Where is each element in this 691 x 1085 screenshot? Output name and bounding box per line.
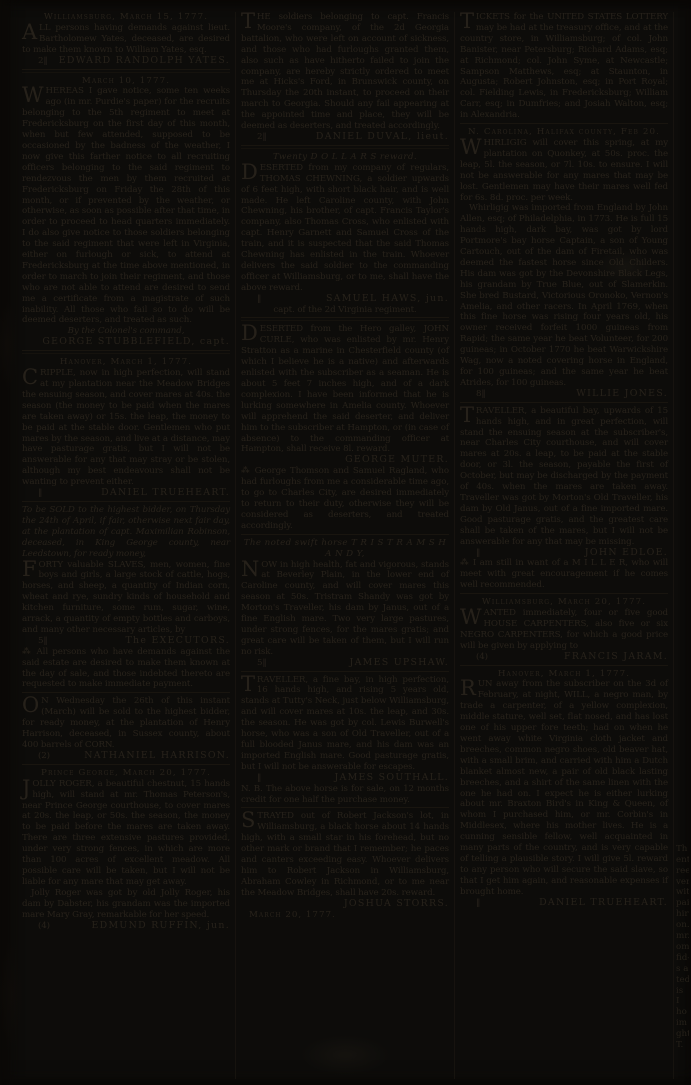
signature-line: ‖DANIEL TRUEHEART. xyxy=(460,898,668,909)
edge-fragment: ho xyxy=(676,1007,689,1018)
dateline: N. Carolina, Halifax county, Feb 20. xyxy=(460,127,668,138)
signature-name: JAMES UPSHAW. xyxy=(267,658,449,669)
insertion-mark: (4) xyxy=(460,652,488,663)
signature-name: JOSHUA STORRS. xyxy=(257,899,449,910)
article-divider-rule xyxy=(460,665,668,666)
edge-fragment: T. xyxy=(676,1040,689,1051)
postscript-note: ⁂ All persons who have demands against t… xyxy=(22,647,230,691)
signature-line: ‖SAMUEL HAWS, jun. xyxy=(241,294,449,305)
signature-name: FRANCIS JARAM. xyxy=(488,652,668,663)
body-paragraph: WHEREAS I gave notice, some ten weeks ag… xyxy=(22,86,230,326)
article-divider-rule xyxy=(241,807,449,808)
article-divider-rule xyxy=(22,69,230,73)
dateline: March 10, 1777. xyxy=(22,76,230,87)
article-divider-rule xyxy=(241,145,449,149)
insertion-mark: ‖ xyxy=(22,488,42,499)
advertisement: N. Carolina, Halifax county, Feb 20.WHIR… xyxy=(460,127,668,400)
signature-name: The EXECUTORS. xyxy=(48,636,230,647)
signature-preamble: By the Colonel's command, xyxy=(22,326,230,337)
edge-fragment: mr. xyxy=(676,931,689,942)
dateline: Hanover, March 1, 1777. xyxy=(460,669,668,680)
body-paragraph: ON Wednesday the 26th of this instant (M… xyxy=(22,696,230,751)
edge-fragment: with xyxy=(676,887,689,898)
signature-name: JAMES SOUTHALL. xyxy=(261,773,449,784)
advertisement: THE soldiers belonging to capt. Francis … xyxy=(241,12,449,143)
body-paragraph: TRAVELLER, a fine bay, in high perfectio… xyxy=(241,675,449,773)
column-middle: THE soldiers belonging to capt. Francis … xyxy=(235,12,454,1079)
article-divider-rule xyxy=(22,350,230,354)
advertisement: Hanover, March 1, 1777.RUN away from the… xyxy=(460,669,668,909)
body-paragraph: TRAVELLER, a beautiful bay, upwards of 1… xyxy=(460,406,668,548)
signature-line: 2‖DANIEL DUVAL, lieut. xyxy=(241,132,449,143)
insertion-mark: (4) xyxy=(22,921,50,932)
column-layout: Williamsburg, March 15, 1777.ALL persons… xyxy=(0,0,691,1085)
closing-dateline: March 20, 1777. xyxy=(241,910,449,921)
signature-name: DANIEL TRUEHEART. xyxy=(42,488,230,499)
edge-fragment: ree- xyxy=(676,866,689,877)
body-paragraph: JOLLY ROGER, a beautiful chestnut, 15 ha… xyxy=(22,779,230,888)
signature-line: 8‖WILLIE JONES. xyxy=(460,389,668,400)
signature-line: GEORGE STUBBLEFIELD, capt. xyxy=(22,337,230,348)
column-right: TICKETS for the UNITED STATES LOTTERY ma… xyxy=(454,12,673,1079)
signature-name: NATHANIEL HARRISON. xyxy=(50,751,230,762)
postscript-note: ⁂ George Thomson and Samuel Ragland, who… xyxy=(241,466,449,531)
edge-fragment: I xyxy=(676,996,689,1007)
advertisement: Williamsburg, March 15, 1777.ALL persons… xyxy=(22,12,230,67)
edge-fragment: on. xyxy=(676,920,689,931)
signature-line: ‖JAMES SOUTHALL. xyxy=(241,773,449,784)
edge-fragment: s a xyxy=(676,964,689,975)
advertisement: TRAVELLER, a beautiful bay, upwards of 1… xyxy=(460,406,668,591)
ad-heading: The noted swift horse T R I S T R A M S … xyxy=(241,538,449,560)
signature-name: JOHN EDLOE. xyxy=(480,548,668,559)
insertion-mark: ‖ xyxy=(460,548,480,559)
column-left: Williamsburg, March 15, 1777.ALL persons… xyxy=(17,12,235,1079)
signature-line: JOSHUA STORRS. xyxy=(241,899,449,910)
advertisement: The noted swift horse T R I S T R A M S … xyxy=(241,538,449,669)
advertisement: STRAYED out of Robert Jackson's lot, in … xyxy=(241,811,449,920)
signature-line: ‖DANIEL TRUEHEART. xyxy=(22,488,230,499)
edge-fragment: ted xyxy=(676,975,689,986)
insertion-mark: ‖ xyxy=(241,294,261,305)
article-divider-rule xyxy=(241,317,449,321)
signature-name: DANIEL TRUEHEART. xyxy=(480,898,668,909)
postscript-note: N. B. The above horse is for sale, on 12… xyxy=(241,784,449,806)
advertisement: Twenty D O L L A R S reward.DESERTED fro… xyxy=(241,152,449,316)
insertion-mark: 2‖ xyxy=(241,132,267,143)
signature-line: 5‖The EXECUTORS. xyxy=(22,636,230,647)
signature-name: EDMUND RUFFIN, jun. xyxy=(50,921,230,932)
signature-line: 5‖JAMES UPSHAW. xyxy=(241,658,449,669)
dateline: Williamsburg, March 15, 1777. xyxy=(22,12,230,23)
edge-fragment: is xyxy=(676,986,689,997)
italic-intro: To be SOLD to the highest bidder, on Thu… xyxy=(22,505,230,560)
advertisement: ON Wednesday the 26th of this instant (M… xyxy=(22,696,230,761)
edge-fragment: Th xyxy=(676,844,689,855)
article-divider-rule xyxy=(460,593,668,594)
edge-fragment: om xyxy=(676,942,689,953)
article-divider-rule xyxy=(22,692,230,693)
body-paragraph: NOW in high health, fat and vigorous, st… xyxy=(241,560,449,658)
dateline: Prince George, March 20, 1777. xyxy=(22,768,230,779)
edge-fragment: im xyxy=(676,1018,689,1029)
edge-fragment: ent xyxy=(676,855,689,866)
edge-fragment: ght xyxy=(676,1029,689,1040)
signature-line: (4)FRANCIS JARAM. xyxy=(460,652,668,663)
signature-name: SAMUEL HAWS, jun. xyxy=(261,294,449,305)
body-paragraph: Whirligig was imported from England by J… xyxy=(460,203,668,388)
insertion-mark: 2‖ xyxy=(22,56,48,67)
signature-name: EDWARD RANDOLPH YATES. xyxy=(48,56,230,67)
insertion-mark: 5‖ xyxy=(22,636,48,647)
signature-name: GEORGE STUBBLEFIELD, capt. xyxy=(38,337,230,348)
insertion-mark: ‖ xyxy=(460,898,480,909)
advertisement: DESERTED from the Hero galley, JOHN CURL… xyxy=(241,324,449,531)
insertion-mark: (2) xyxy=(22,751,50,762)
article-divider-rule xyxy=(460,402,668,403)
insertion-mark: 8‖ xyxy=(460,389,486,400)
newspaper-page: Williamsburg, March 15, 1777.ALL persons… xyxy=(0,0,691,1085)
article-divider-rule xyxy=(460,123,668,124)
body-paragraph: DESERTED from my company of regulars, TH… xyxy=(241,163,449,294)
edge-fragment: hirt xyxy=(676,909,689,920)
edge-fragment: fid- xyxy=(676,953,689,964)
signature-line: (2)NATHANIEL HARRISON. xyxy=(22,751,230,762)
advertisement: Williamsburg, March 20, 1777.WANTED imme… xyxy=(460,597,668,662)
article-divider-rule xyxy=(241,671,449,672)
advertisement: Prince George, March 20, 1777.JOLLY ROGE… xyxy=(22,768,230,932)
signature-name: WILLIE JONES. xyxy=(486,389,668,400)
insertion-mark: 5‖ xyxy=(241,658,267,669)
body-paragraph: WHIRLIGIG will cover this spring, at my … xyxy=(460,138,668,203)
body-paragraph: ALL persons having demands against lieut… xyxy=(22,23,230,56)
edge-fragment: pair xyxy=(676,898,689,909)
advertisement: Hanover, March 1, 1777.CRIPPLE, now in h… xyxy=(22,357,230,499)
advertisement: TICKETS for the UNITED STATES LOTTERY ma… xyxy=(460,12,668,121)
body-paragraph: FORTY valuable SLAVES, men, women, fine … xyxy=(22,560,230,636)
article-divider-rule xyxy=(22,764,230,765)
signature-line: GEORGE MUTER. xyxy=(241,455,449,466)
body-paragraph: RUN away from the subscriber on the 3d o… xyxy=(460,679,668,897)
signature-line: 2‖EDWARD RANDOLPH YATES. xyxy=(22,56,230,67)
ad-heading: Twenty D O L L A R S reward. xyxy=(241,152,449,163)
signature-line: (4)EDMUND RUFFIN, jun. xyxy=(22,921,230,932)
article-divider-rule xyxy=(22,501,230,502)
body-paragraph: STRAYED out of Robert Jackson's lot, in … xyxy=(241,811,449,898)
signature-title: capt. of the 2d Virginia regiment. xyxy=(241,305,449,316)
dateline: Williamsburg, March 20, 1777. xyxy=(460,597,668,608)
body-paragraph: DESERTED from the Hero galley, JOHN CURL… xyxy=(241,324,449,455)
postscript-note: ⁂ I am still in want of a M I L L E R, w… xyxy=(460,558,668,591)
next-page-edge-fragments: Thentree-verwithpairhirton.mr.omfid-s at… xyxy=(673,12,689,1079)
article-divider-rule xyxy=(241,534,449,535)
body-paragraph: CRIPPLE, now in high perfection, will st… xyxy=(22,368,230,488)
body-paragraph: THE soldiers belonging to capt. Francis … xyxy=(241,12,449,132)
body-paragraph: TICKETS for the UNITED STATES LOTTERY ma… xyxy=(460,12,668,121)
signature-name: GEORGE MUTER. xyxy=(257,455,449,466)
insertion-mark: ‖ xyxy=(241,773,261,784)
body-paragraph: WANTED immediately, four or five good HO… xyxy=(460,608,668,652)
dateline: Hanover, March 1, 1777. xyxy=(22,357,230,368)
body-paragraph: Jolly Roger was got by old Jolly Roger, … xyxy=(22,888,230,921)
signature-name: DANIEL DUVAL, lieut. xyxy=(267,132,449,143)
advertisement: TRAVELLER, a fine bay, in high perfectio… xyxy=(241,675,449,806)
edge-fragment: ver xyxy=(676,877,689,888)
advertisement: March 10, 1777.WHEREAS I gave notice, so… xyxy=(22,76,230,349)
signature-line: ‖JOHN EDLOE. xyxy=(460,548,668,559)
advertisement: To be SOLD to the highest bidder, on Thu… xyxy=(22,505,230,690)
